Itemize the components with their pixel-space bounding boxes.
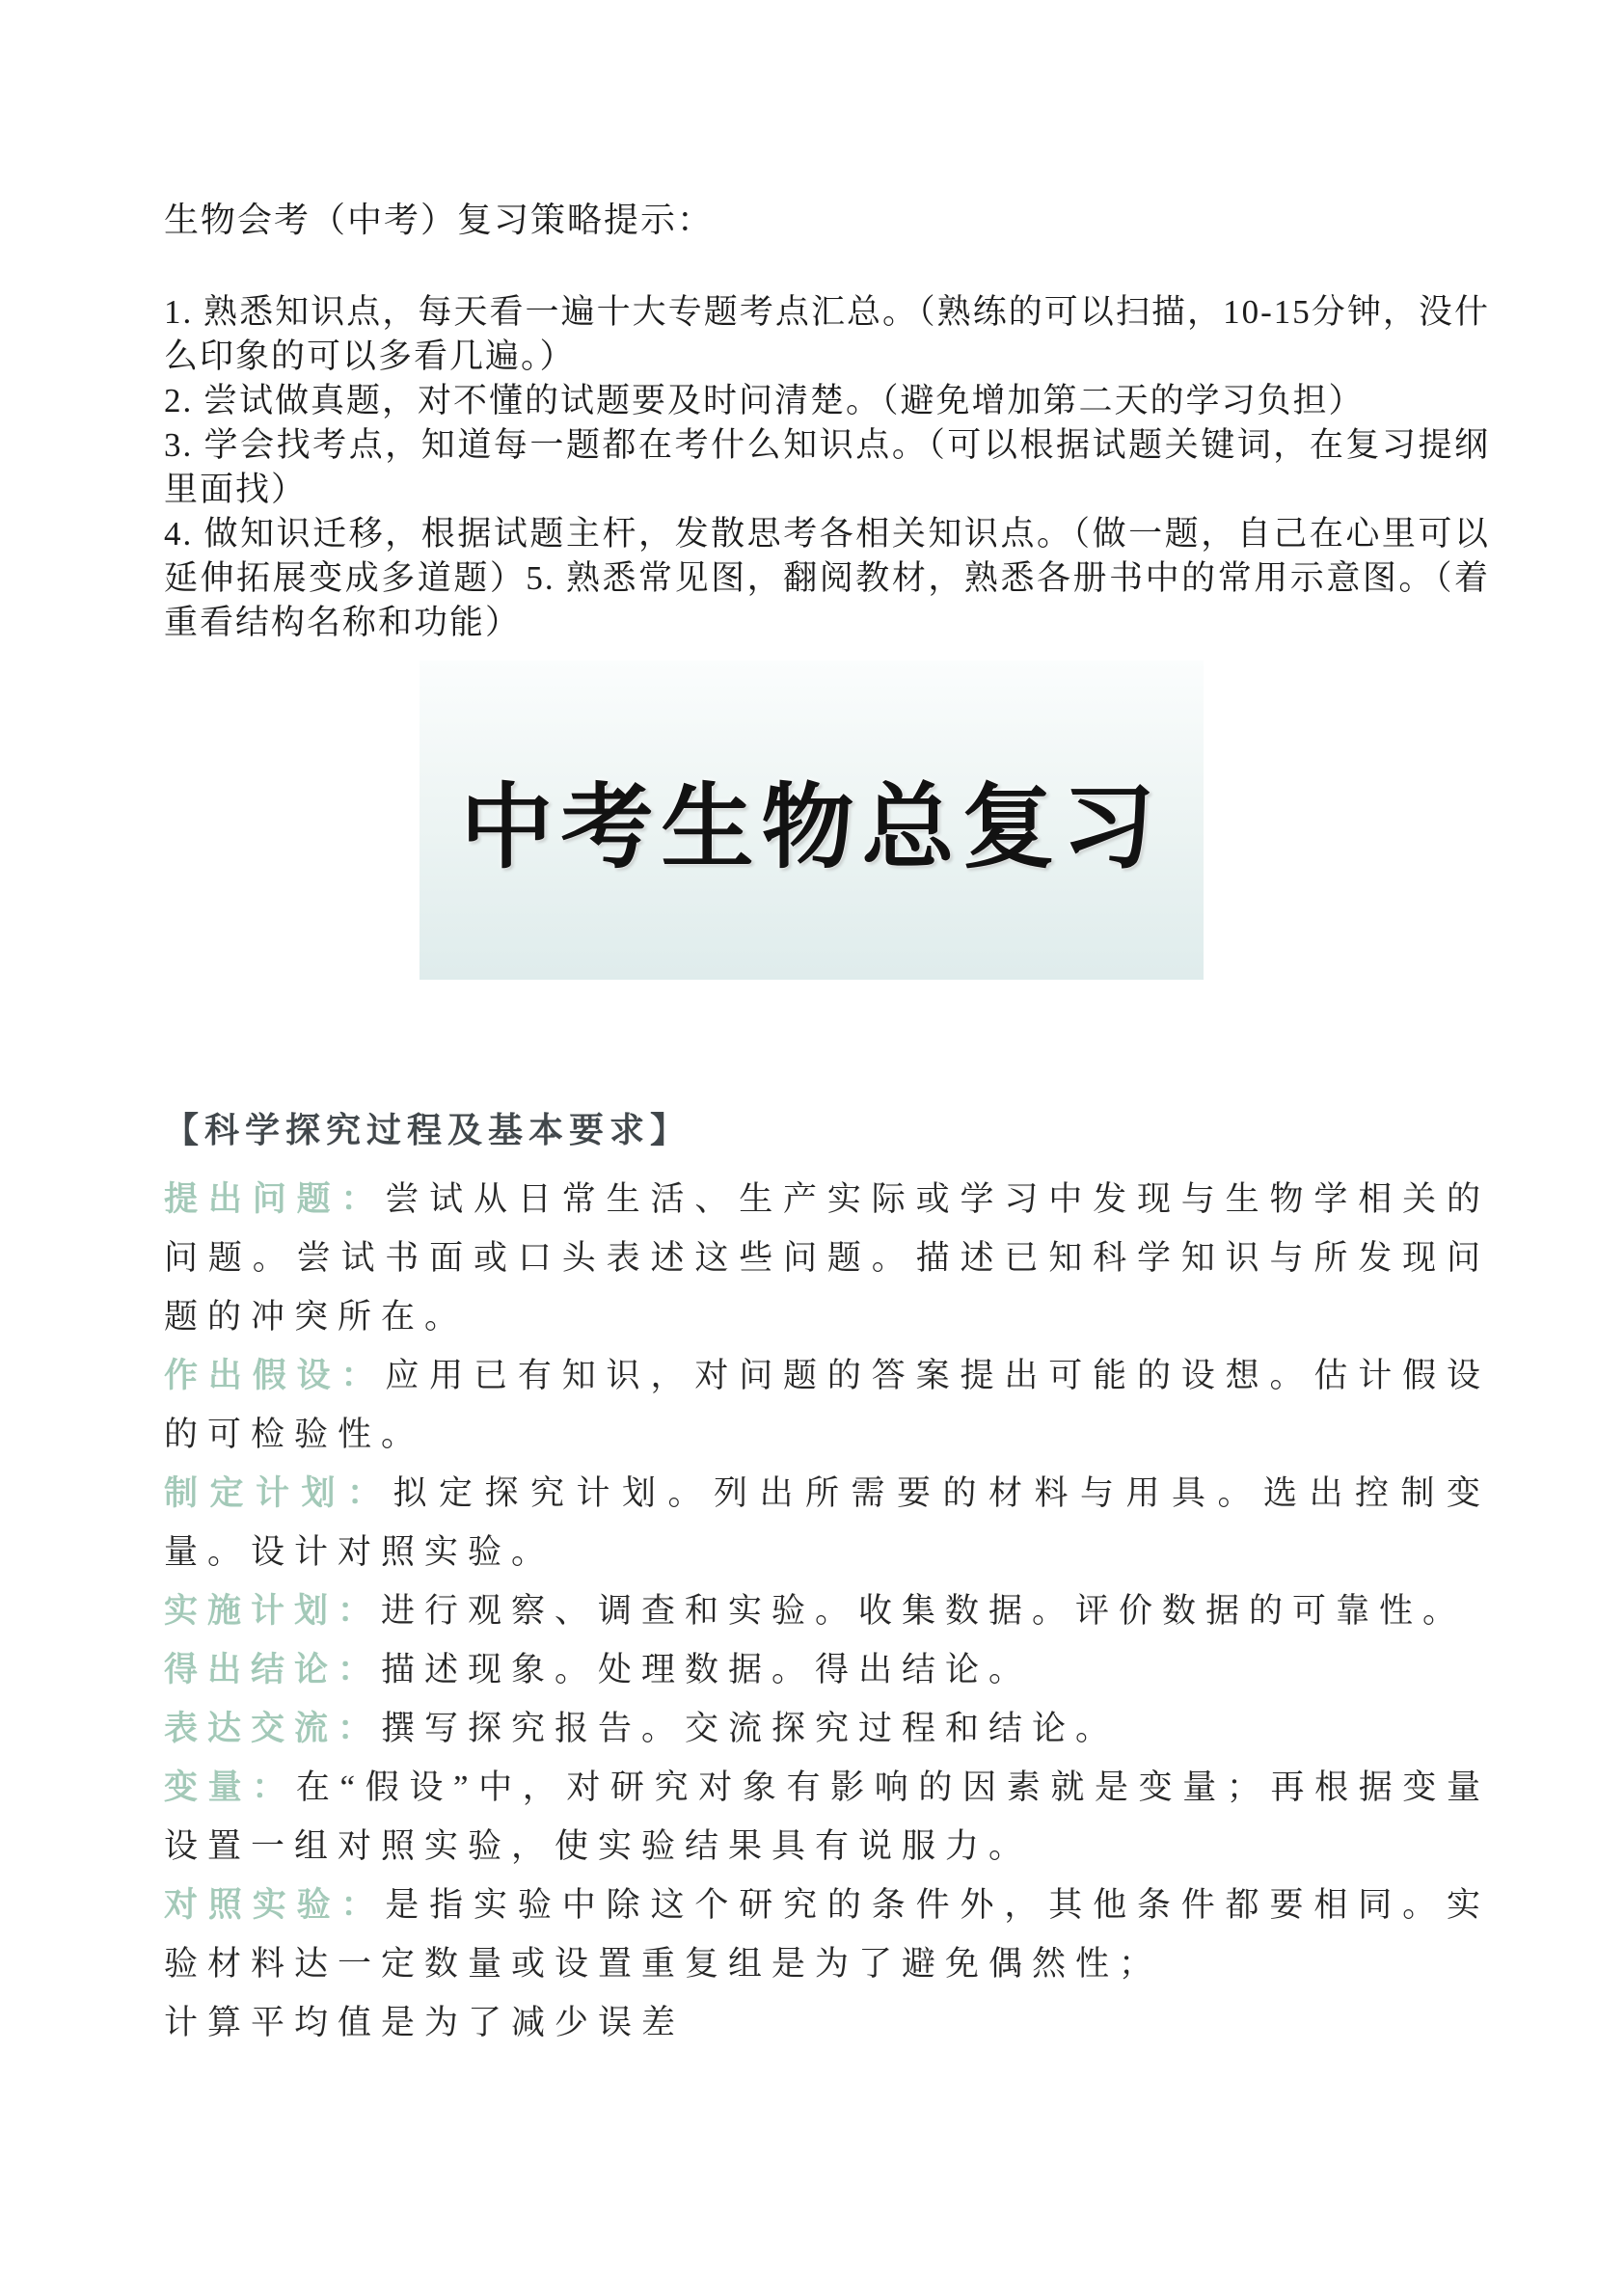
step-item: 实施计划：进行观察、调查和实验。收集数据。评价数据的可靠性。 bbox=[164, 1581, 1490, 1640]
tips-list: 1. 熟悉知识点，每天看一遍十大专题考点汇总。（熟练的可以扫描，10-15分钟，… bbox=[164, 290, 1490, 645]
step-text: 撰写探究报告。交流探究过程和结论。 bbox=[381, 1710, 1119, 1747]
step-item: 制定计划：拟定探究计划。列出所需要的材料与用具。选出控制变量。设计对照实验。 bbox=[164, 1464, 1490, 1581]
step-item: 得出结论：描述现象。处理数据。得出结论。 bbox=[164, 1640, 1490, 1699]
step-label: 制定计划： bbox=[164, 1474, 393, 1512]
step-label: 作出假设： bbox=[164, 1357, 385, 1394]
tip-paragraph: 3. 学会找考点，知道每一题都在考什么知识点。（可以根据试题关键词，在复习提纲里… bbox=[164, 423, 1490, 512]
step-item: 表达交流：撰写探究报告。交流探究过程和结论。 bbox=[164, 1699, 1490, 1758]
step-item: 计算平均值是为了减少误差 bbox=[164, 1993, 1490, 2052]
step-label: 表达交流： bbox=[164, 1710, 381, 1747]
document-page: 生物会考（中考）复习策略提示： 1. 熟悉知识点，每天看一遍十大专题考点汇总。（… bbox=[0, 0, 1624, 2295]
step-label: 实施计划： bbox=[164, 1592, 381, 1630]
steps-list: 提出问题：尝试从日常生活、生产实际或学习中发现与生物学相关的问题。尝试书面或口头… bbox=[164, 1170, 1490, 2052]
section-header: 【科学探究过程及基本要求】 bbox=[164, 1103, 1490, 1152]
tip-paragraph: 4. 做知识迁移，根据试题主杆，发散思考各相关知识点。（做一题，自己在心里可以延… bbox=[164, 512, 1490, 645]
page-title: 生物会考（中考）复习策略提示： bbox=[164, 193, 1490, 242]
step-label: 对照实验： bbox=[164, 1886, 385, 1924]
step-item: 对照实验：是指实验中除这个研究的条件外，其他条件都要相同。实验材料达一定数量或设… bbox=[164, 1876, 1490, 1993]
step-label: 得出结论： bbox=[164, 1651, 381, 1688]
step-text: 进行观察、调查和实验。收集数据。评价数据的可靠性。 bbox=[381, 1592, 1466, 1630]
step-label: 变量： bbox=[164, 1768, 296, 1806]
step-label: 提出问题： bbox=[164, 1180, 385, 1218]
step-item: 作出假设：应用已有知识，对问题的答案提出可能的设想。估计假设的可检验性。 bbox=[164, 1346, 1490, 1464]
banner-title: 中考生物总复习 bbox=[461, 754, 1163, 886]
tip-paragraph: 2. 尝试做真题，对不懂的试题要及时问清楚。（避免增加第二天的学习负担） bbox=[164, 379, 1490, 423]
tip-paragraph: 1. 熟悉知识点，每天看一遍十大专题考点汇总。（熟练的可以扫描，10-15分钟，… bbox=[164, 290, 1490, 379]
step-text: 计算平均值是为了减少误差 bbox=[164, 2004, 685, 2041]
banner-image: 中考生物总复习 bbox=[420, 661, 1204, 980]
step-item: 提出问题：尝试从日常生活、生产实际或学习中发现与生物学相关的问题。尝试书面或口头… bbox=[164, 1170, 1490, 1346]
step-text: 描述现象。处理数据。得出结论。 bbox=[381, 1651, 1032, 1688]
step-text: 在“假设”中，对研究对象有影响的因素就是变量；再根据变量设置一组对照实验，使实验… bbox=[164, 1768, 1490, 1865]
step-item: 变量：在“假设”中，对研究对象有影响的因素就是变量；再根据变量设置一组对照实验，… bbox=[164, 1758, 1490, 1876]
